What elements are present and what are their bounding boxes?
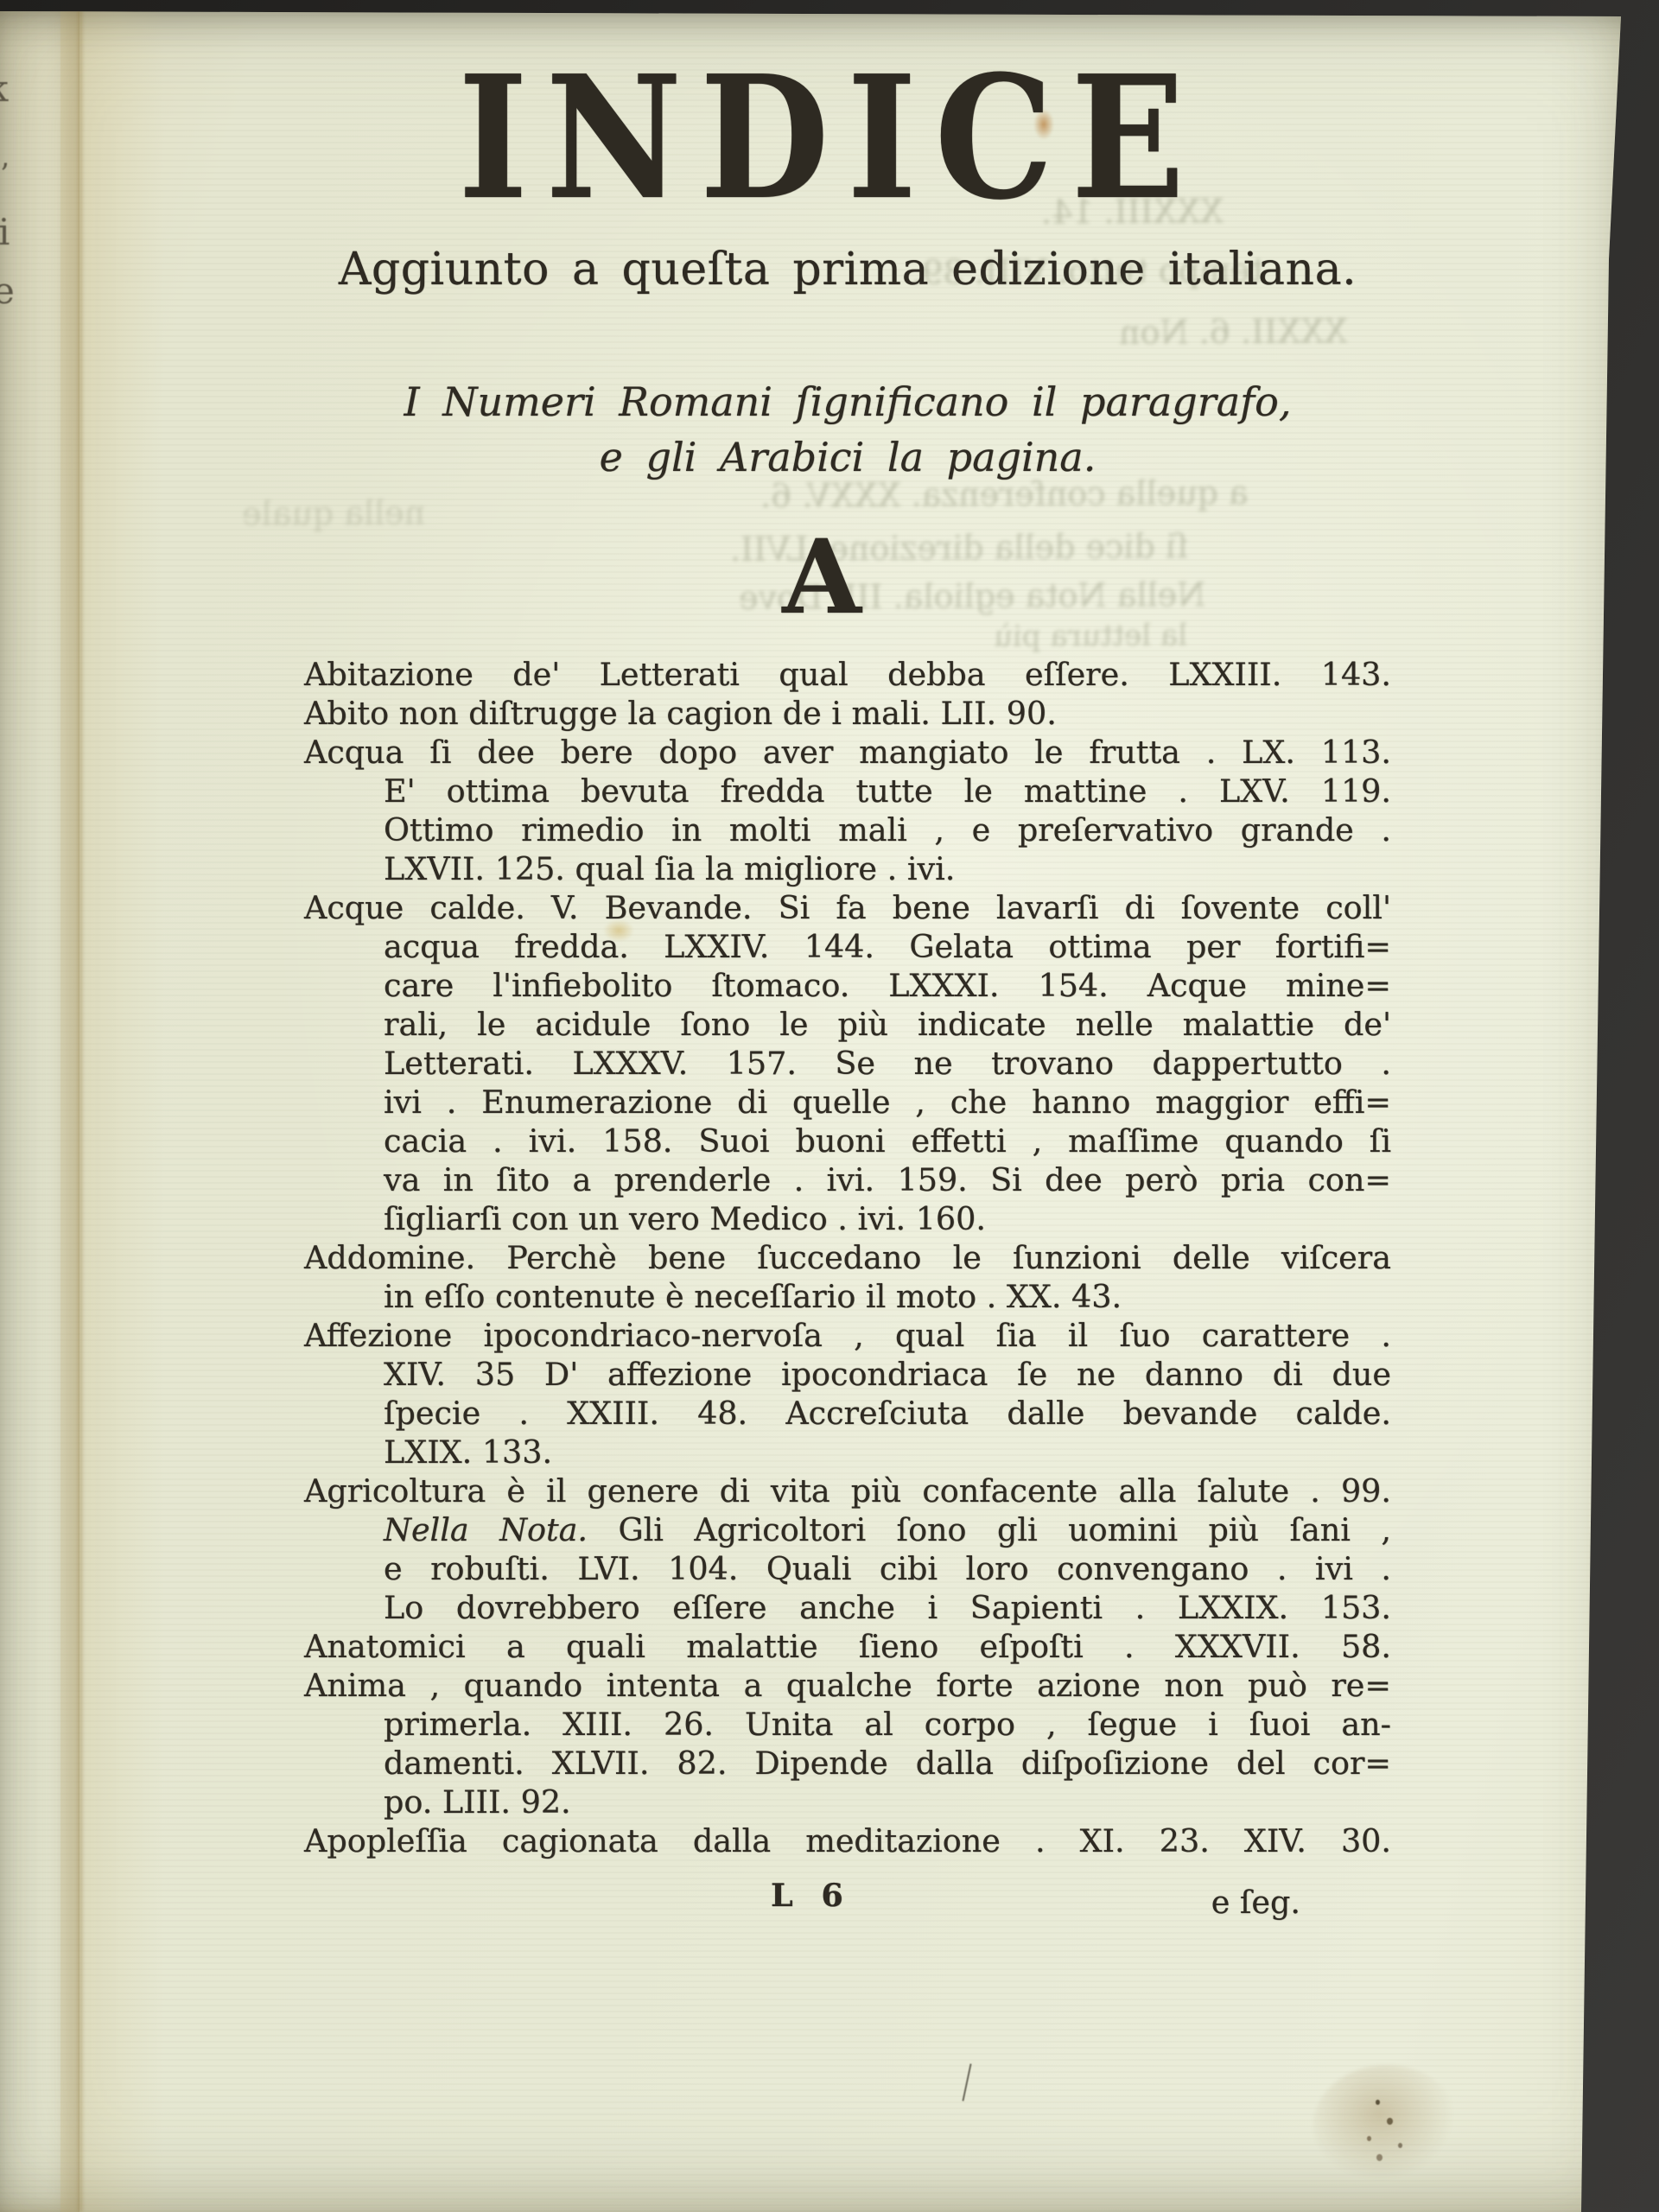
index-line: Addomine. Perchè bene ſuccedano le ſunzi… bbox=[304, 1238, 1391, 1277]
gathering-signature: L 6 bbox=[771, 1876, 843, 1915]
section-letter-a: A bbox=[278, 517, 1365, 637]
index-line: Lo dovrebbero eſſere anche i Sapienti . … bbox=[384, 1588, 1391, 1627]
index-entries: Abitazione de' Letterati qual debba eſſe… bbox=[304, 655, 1391, 1915]
index-line: E' ottima bevuta fredda tutte le mattine… bbox=[384, 772, 1391, 810]
edge-letter-fragment: k bbox=[0, 67, 8, 110]
index-line: care l'infiebolito ſtomaco. LXXXI. 154. … bbox=[384, 966, 1391, 1005]
index-line: acqua fredda. LXXIV. 144. Gelata ottima … bbox=[384, 927, 1391, 966]
index-line: Affezione ipocondriaco-nervoſa , qual ſi… bbox=[304, 1316, 1391, 1355]
index-line: LXVII. 125. qual ſia la migliore . ivi. bbox=[384, 849, 1391, 888]
index-line: po. LIII. 92. bbox=[384, 1783, 1391, 1821]
index-line: Nella Nota. Gli Agricoltori ſono gli uom… bbox=[384, 1510, 1391, 1549]
index-line: XIV. 35 D' affezione ipocondriaca ſe ne … bbox=[384, 1355, 1391, 1394]
gutter-crease bbox=[78, 0, 83, 2212]
index-line-text: Gli Agricoltori ſono gli uomini più ſani… bbox=[588, 1511, 1391, 1548]
gutter-shadow bbox=[60, 0, 164, 2212]
ink-smudge bbox=[1313, 2065, 1460, 2186]
index-line: ivi . Enumerazione di quelle , che hanno… bbox=[384, 1083, 1391, 1122]
index-line: ſpecie . XXIII. 48. Accreſciuta dalle be… bbox=[384, 1394, 1391, 1433]
photo-background: k ’ i e XXXIII. 14. tempo tutto. VIII. 3… bbox=[0, 0, 1659, 2212]
ink-specks bbox=[1376, 2100, 1380, 2105]
index-line: in eſſo contenute è neceſſario il moto .… bbox=[384, 1277, 1391, 1316]
index-line: ſigliarſi con un vero Medico . ivi. 160. bbox=[384, 1199, 1391, 1238]
index-line: primerla. XIII. 26. Unita al corpo , ſeg… bbox=[384, 1705, 1391, 1744]
index-line: damenti. XLVII. 82. Dipende dalla diſpoſ… bbox=[384, 1744, 1391, 1783]
index-line: Abito non diſtrugge la cagion de i mali.… bbox=[304, 694, 1391, 733]
page-title: INDICE bbox=[352, 54, 1308, 223]
edge-letter-fragment: ’ bbox=[0, 157, 10, 192]
index-line: Acqua ſi dee bere dopo aver mangiato le … bbox=[304, 733, 1391, 772]
index-line: Acque calde. V. Bevande. Si fa bene lava… bbox=[304, 888, 1391, 927]
index-line: LXIX. 133. bbox=[384, 1433, 1391, 1471]
continuation-mark: e ſeg. bbox=[1211, 1883, 1300, 1922]
index-line: Abitazione de' Letterati qual debba eſſe… bbox=[304, 655, 1391, 694]
numbering-note-line2: e gli Arabici la pagina. bbox=[304, 434, 1391, 480]
index-line: cacia . ivi. 158. Suoi buoni effetti , m… bbox=[384, 1122, 1391, 1160]
index-line: e robuſti. LVI. 104. Quali cibi loro con… bbox=[384, 1549, 1391, 1588]
signature-row: L 6 e ſeg. bbox=[304, 1876, 1391, 1915]
index-line: Apopleſſia cagionata dalla meditazione .… bbox=[304, 1821, 1391, 1860]
index-line: Anatomici a quali malattie ſieno eſpoſti… bbox=[304, 1627, 1391, 1666]
numbering-note-line1: I Numeri Romani ſignificano il paragrafo… bbox=[304, 378, 1391, 425]
index-line: Ottimo rimedio in molti mali , e preſerv… bbox=[384, 810, 1391, 849]
index-line: Letterati. LXXXV. 157. Se ne trovano dap… bbox=[384, 1044, 1391, 1083]
index-line: Anima , quando intenta a qualche forte a… bbox=[304, 1666, 1391, 1705]
index-line: Agricoltura è il genere di vita più conf… bbox=[304, 1471, 1391, 1510]
book-page: k ’ i e XXXIII. 14. tempo tutto. VIII. 3… bbox=[0, 0, 1659, 2212]
edge-letter-fragment: e bbox=[0, 270, 15, 312]
ghost-text: XXXII. 6. Non bbox=[1119, 312, 1348, 352]
paper-fiber bbox=[962, 2063, 971, 2101]
index-line-italic-lead: Nella Nota. bbox=[384, 1511, 588, 1548]
edition-subtitle: Aggiunto a queſta prima edizione italian… bbox=[304, 244, 1391, 296]
edge-letter-fragment: i bbox=[0, 211, 10, 253]
index-line: va in ſito a prenderle . ivi. 159. Si de… bbox=[384, 1160, 1391, 1199]
index-line: rali, le acidule ſono le più indicate ne… bbox=[384, 1005, 1391, 1044]
